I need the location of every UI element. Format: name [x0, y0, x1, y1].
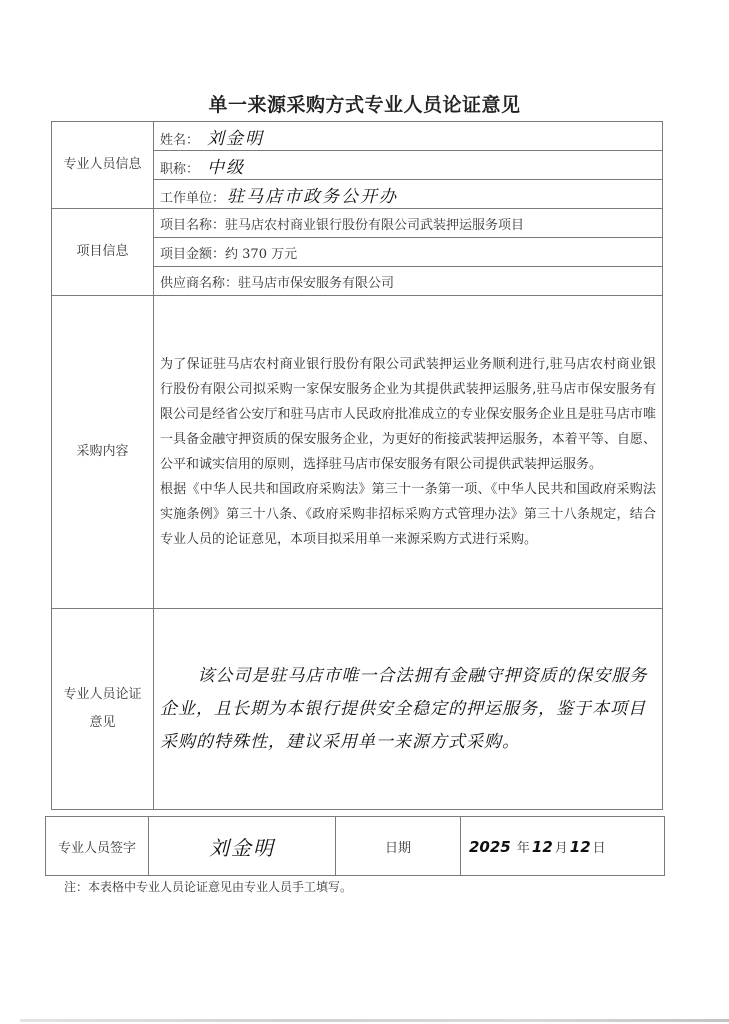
expert-unit-label: 工作单位： [160, 191, 225, 206]
date-day-unit: 日 [593, 841, 606, 856]
scan-edge-divider [20, 1019, 729, 1022]
page-title: 单一来源采购方式专业人员论证意见 [0, 90, 729, 117]
date-cell: 2025 年12月12日 [461, 817, 665, 876]
expert-name-handwritten: 刘金明 [207, 129, 264, 149]
expert-title-handwritten: 中级 [207, 158, 245, 178]
signature-cell: 刘金明 [149, 817, 336, 876]
expert-name-field: 姓名：刘金明 [154, 122, 663, 151]
expert-name-row: 专业人员信息 姓名：刘金明 [52, 122, 663, 151]
project-amount-label: 项目金额： [160, 247, 225, 262]
supplier-field: 供应商名称：驻马店市保安服务有限公司 [154, 267, 663, 296]
project-name-row: 项目信息 项目名称：驻马店农村商业银行股份有限公司武装押运服务项目 [52, 209, 663, 238]
expert-unit-field: 工作单位：驻马店市政务公开办 [154, 180, 663, 209]
expert-opinion-handwritten: 该公司是驻马店市唯一合法拥有金融守押资质的保安服务企业，且长期为本银行提供安全稳… [160, 660, 656, 759]
signature-label: 专业人员签字 [46, 817, 149, 876]
footnote: 注：本表格中专业人员论证意见由专业人员手工填写。 [64, 878, 352, 895]
procurement-content-section-label: 采购内容 [52, 296, 154, 609]
date-label: 日期 [336, 817, 461, 876]
procurement-content-row: 采购内容 为了保证驻马店农村商业银行股份有限公司武装押运业务顺利进行,驻马店农村… [52, 296, 663, 609]
expert-info-section-label: 专业人员信息 [52, 122, 154, 209]
date-day: 12 [570, 838, 591, 856]
procurement-paragraph-1: 为了保证驻马店农村商业银行股份有限公司武装押运业务顺利进行,驻马店农村商业银行股… [160, 352, 656, 477]
supplier-value: 驻马店市保安服务有限公司 [238, 276, 394, 291]
signature-table: 专业人员签字 刘金明 日期 2025 年12月12日 [45, 816, 665, 876]
project-info-section-label: 项目信息 [52, 209, 154, 296]
signature-row: 专业人员签字 刘金明 日期 2025 年12月12日 [46, 817, 665, 876]
date-month: 12 [532, 838, 553, 856]
project-amount-value: 约 370 万元 [225, 247, 297, 262]
signature-handwritten: 刘金明 [209, 836, 275, 860]
supplier-label: 供应商名称： [160, 276, 238, 291]
date-year: 2025 [469, 838, 511, 856]
expert-opinion-body: 该公司是驻马店市唯一合法拥有金融守押资质的保安服务企业，且长期为本银行提供安全稳… [154, 609, 663, 810]
date-month-unit: 月 [555, 841, 568, 856]
expert-title-field: 职称：中级 [154, 151, 663, 180]
procurement-content-body: 为了保证驻马店农村商业银行股份有限公司武装押运业务顺利进行,驻马店农村商业银行股… [154, 296, 663, 609]
expert-unit-handwritten: 驻马店市政务公开办 [227, 187, 398, 207]
expert-opinion-row: 专业人员论证意见 该公司是驻马店市唯一合法拥有金融守押资质的保安服务企业，且长期… [52, 609, 663, 810]
project-name-value: 驻马店农村商业银行股份有限公司武装押运服务项目 [225, 218, 524, 233]
date-year-unit: 年 [517, 841, 530, 856]
project-amount-field: 项目金额：约 370 万元 [154, 238, 663, 267]
procurement-paragraph-2: 根据《中华人民共和国政府采购法》第三十一条第一项、《中华人民共和国政府采购法实施… [160, 477, 656, 552]
argumentation-form-table: 专业人员信息 姓名：刘金明 职称：中级 工作单位：驻马店市政务公开办 项目信息 … [51, 121, 663, 810]
expert-name-label: 姓名： [160, 133, 199, 148]
project-name-label: 项目名称： [160, 218, 225, 233]
project-name-field: 项目名称：驻马店农村商业银行股份有限公司武装押运服务项目 [154, 209, 663, 238]
expert-opinion-section-label: 专业人员论证意见 [52, 609, 154, 810]
expert-title-label: 职称： [160, 162, 199, 177]
